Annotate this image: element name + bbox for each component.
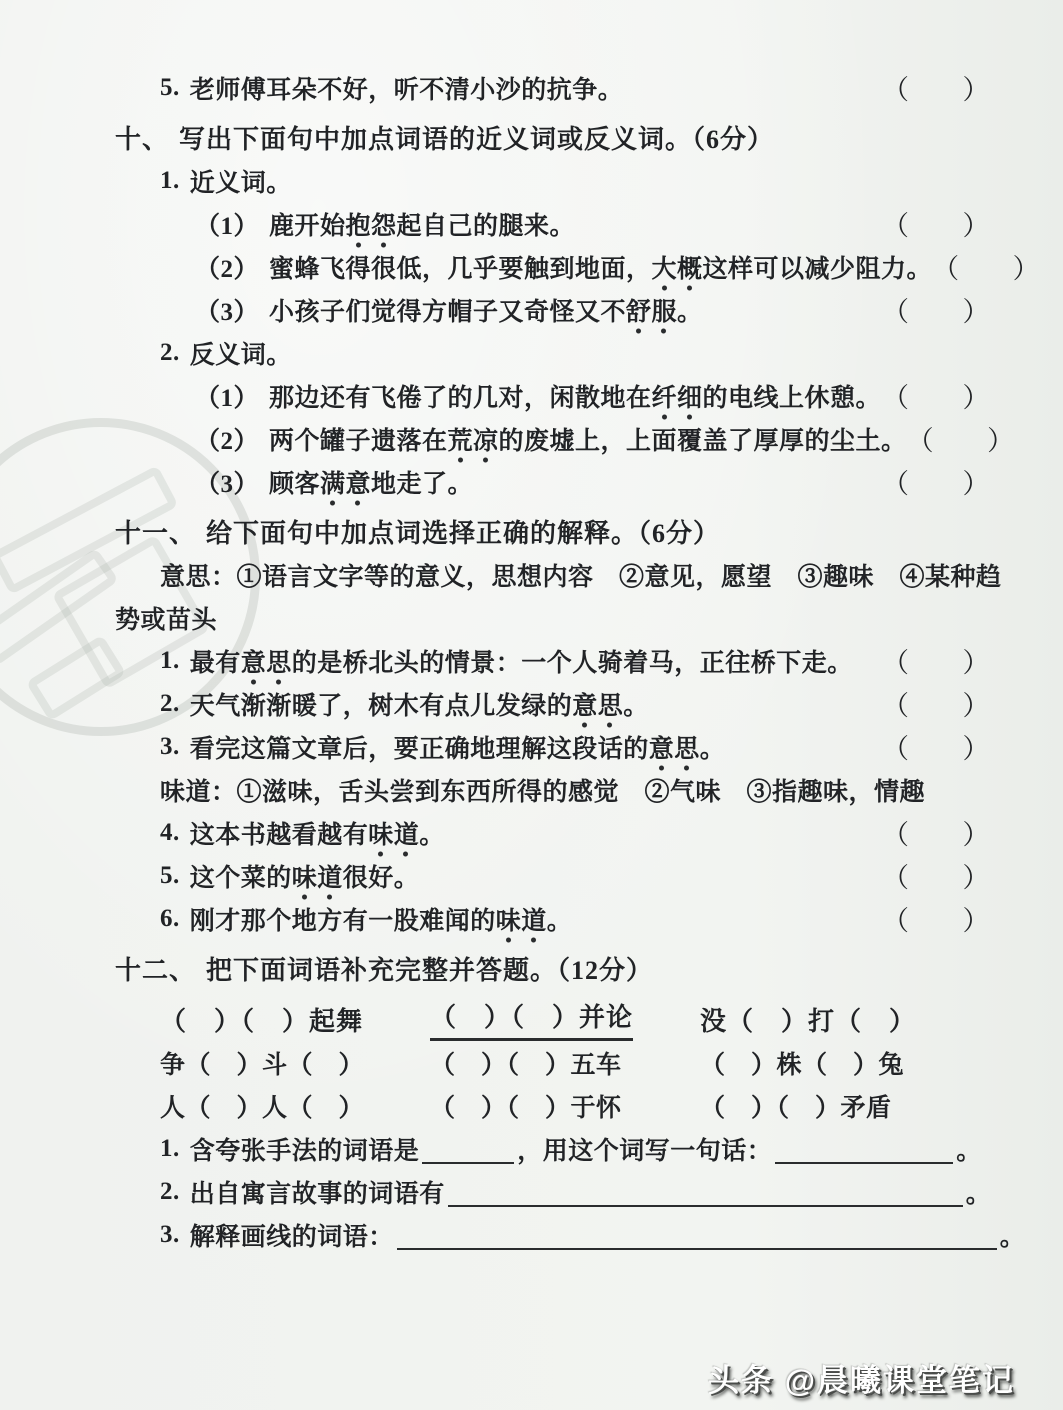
emphasized-word: 意思 [241,650,292,685]
item-number: （1） [195,206,259,242]
phrase: 没（ ）打（ ） [700,1007,916,1036]
emphasized-word: 抱怨 [346,213,397,248]
word-completion-cell: （ ）（ ）起舞 [160,1001,430,1038]
open-paren: （ [882,899,910,938]
word-completion-row: （ ）（ ）起舞（ ）（ ）并论没（ ）打（ ） [115,997,990,1041]
phrase: （ ）（ ）矛盾 [700,1095,892,1122]
answer-parentheses: （） [882,68,990,107]
text-segment: 刚才那个地方有一股难闻的 [190,908,496,935]
text-segment: 。 [677,299,703,326]
item-number: 十一、 [115,513,196,550]
item-number: （3） [195,464,259,500]
question-line: 1.最有意思的是桥北头的情景：一个人骑着马，正往桥下走。（） [115,639,990,682]
answer-blank [422,1139,514,1164]
section-heading: 十、写出下面句中加点词语的近义词或反义词。（6分） [115,116,990,159]
line-text: 小孩子们觉得方帽子又奇怪又不舒服。 [269,292,703,328]
line-text: 近义词。 [190,163,292,199]
answer-parentheses: （） [882,813,990,852]
item-number: 2. [160,690,180,718]
line-text: 含夸张手法的词语是，用这个词写一句话：。 [190,1131,982,1167]
question-line: （1）鹿开始抱怨起自己的腿来。（） [115,202,990,245]
answer-parentheses: （） [882,204,990,243]
open-paren: （ [882,376,910,415]
line-text: 把下面词语补充完整并答题。（12分） [206,950,653,987]
item-number: （2） [195,421,259,457]
text-segment: 解释画线的词语： [190,1224,394,1251]
line-text: 看完这篇文章后，要正确地理解这段话的意思。 [190,729,726,765]
question-line: 1.近义词。 [115,159,990,202]
line-text: 最有意思的是桥北头的情景：一个人骑着马，正往桥下走。 [190,643,853,679]
text-segment: 这样可以减少阻力。 [703,256,933,283]
text-segment: 的电线上休憩。 [703,385,882,412]
open-paren: （ [882,641,910,680]
text-segment: 天气渐渐暖了，树木有点儿发绿的 [190,693,573,720]
answer-parentheses: （） [882,899,990,938]
answer-blank [448,1182,963,1207]
question-line: （3）顾客满意地走了。（） [115,460,990,503]
text-segment: 。 [966,1181,992,1208]
text-segment: 蜜蜂飞得很低，几乎要触到地面， [269,256,652,283]
open-paren: （ [907,419,935,458]
line-text: 写出下面句中加点词语的近义词或反义词。（6分） [179,119,774,156]
line-text: 老师傅耳朵不好，听不清小沙的抗争。 [190,70,624,106]
emphasized-word: 味道 [496,908,547,943]
text-segment: 给下面句中加点词选择正确的解释。（6分） [206,519,720,548]
text-segment: 含夸张手法的词语是 [190,1138,420,1165]
phrase: （ ）（ ）于怀 [430,1095,622,1122]
item-number: 5. [160,862,180,890]
answer-parentheses: （） [882,856,990,895]
open-paren: （ [882,290,910,329]
exam-paper-page: 5.老师傅耳朵不好，听不清小沙的抗争。（）十、写出下面句中加点词语的近义词或反义… [0,0,1063,1410]
question-line: 2.天气渐渐暖了，树木有点儿发绿的意思。（） [115,682,990,725]
text-segment: 的是桥北头的情景：一个人骑着马，正往桥下走。 [292,650,853,677]
item-number: 4. [160,819,180,847]
phrase: 人（ ）人（ ） [160,1095,364,1122]
question-line: 意思：①语言文字等的意义，思想内容 ②意见，愿望 ③趣味 ④某种趋 [115,553,990,596]
text-segment: 出自寓言故事的词语有 [190,1181,445,1208]
emphasized-word: 味道 [368,822,419,857]
open-paren: （ [932,247,960,286]
item-number: 2. [160,339,180,367]
close-paren: ） [963,727,991,766]
item-number: 3. [160,733,180,761]
text-segment: 写出下面句中加点词语的近义词或反义词。（6分） [179,125,774,154]
open-paren: （ [882,856,910,895]
line-text: 蜜蜂飞得很低，几乎要触到地面，大概这样可以减少阻力。 [269,249,932,285]
text-segment: 顾客 [269,471,320,498]
text-segment: 地走了。 [371,471,473,498]
answer-parentheses: （） [882,727,990,766]
item-number: 1. [160,1135,180,1163]
answer-parentheses: （） [882,684,990,723]
line-text: 意思：①语言文字等的意义，思想内容 ②意见，愿望 ③趣味 ④某种趋 [160,557,1002,593]
close-paren: ） [963,376,991,415]
line-text: 那边还有飞倦了的几对，闲散地在纤细的电线上休憩。 [269,378,881,414]
text-segment: 的废墟上，上面覆盖了厚厚的尘土。 [499,428,907,455]
word-completion-cell: 争（ ）斗（ ） [160,1045,430,1081]
emphasized-word: 满意 [320,471,371,506]
close-paren: ） [1013,247,1041,286]
question-line: 势或苗头 [115,596,990,639]
close-paren: ） [963,856,991,895]
word-completion-cell: （ ）（ ）并论 [430,997,700,1041]
emphasized-word: 意思 [649,736,700,771]
text-segment: 最有 [190,650,241,677]
text-segment: 近义词。 [190,170,292,197]
line-text: 鹿开始抱怨起自己的腿来。 [269,206,575,242]
section-heading: 十一、给下面句中加点词选择正确的解释。（6分） [115,510,990,553]
question-line: 3.解释画线的词语：。 [115,1213,990,1256]
question-line: 2.反义词。 [115,331,990,374]
answer-parentheses: （） [882,462,990,501]
item-number: 1. [160,647,180,675]
text-segment: 这个菜的 [190,865,292,892]
text-segment: 两个罐子遗落在 [269,428,448,455]
item-number: 6. [160,905,180,933]
text-segment: 意思：①语言文字等的意义，思想内容 ②意见，愿望 ③趣味 ④某种趋 [160,564,1002,591]
answer-parentheses: （） [882,376,990,415]
line-text: 反义词。 [190,335,292,371]
close-paren: ） [987,419,1015,458]
question-line: （1）那边还有飞倦了的几对，闲散地在纤细的电线上休憩。（） [115,374,990,417]
question-line: 4.这本书越看越有味道。（） [115,811,990,854]
answer-blank [397,1225,997,1250]
word-completion-row: 人（ ）人（ ）（ ）（ ）于怀（ ）（ ）矛盾 [115,1084,990,1127]
word-completion-row: 争（ ）斗（ ）（ ）（ ）五车（ ）株（ ）兔 [115,1041,990,1084]
question-line: （2）两个罐子遗落在荒凉的废墟上，上面覆盖了厚厚的尘土。（） [115,417,990,460]
question-line: 6.刚才那个地方有一股难闻的味道。（） [115,897,990,940]
phrase: （ ）株（ ）兔 [700,1052,904,1079]
item-number: 十、 [115,119,169,156]
answer-parentheses: （） [882,641,990,680]
line-text: 势或苗头 [115,600,217,636]
question-line: 5.老师傅耳朵不好，听不清小沙的抗争。（） [115,66,990,109]
text-segment: 。 [547,908,573,935]
answer-parentheses: （） [932,247,1040,286]
text-segment: 反义词。 [190,342,292,369]
line-text: 两个罐子遗落在荒凉的废墟上，上面覆盖了厚厚的尘土。 [269,421,907,457]
underlined-phrase: （ ）（ ）并论 [430,997,633,1041]
text-segment: 很好。 [343,865,420,892]
text-segment: 。 [700,736,726,763]
question-line: （2）蜜蜂飞得很低，几乎要触到地面，大概这样可以减少阻力。（） [115,245,990,288]
question-line: （3）小孩子们觉得方帽子又奇怪又不舒服。（） [115,288,990,331]
emphasized-word: 荒凉 [448,428,499,463]
question-line: 5.这个菜的味道很好。（） [115,854,990,897]
item-number: （1） [195,378,259,414]
text-segment: 那边还有飞倦了的几对，闲散地在 [269,385,652,412]
text-segment: 鹿开始 [269,213,346,240]
text-segment: 起自己的腿来。 [397,213,576,240]
question-line: 2.出自寓言故事的词语有。 [115,1170,990,1213]
text-segment: 老师傅耳朵不好，听不清小沙的抗争。 [190,77,624,104]
open-paren: （ [882,68,910,107]
open-paren: （ [882,813,910,852]
text-segment: 把下面词语补充完整并答题。（12分） [206,956,653,985]
word-completion-cell: （ ）株（ ）兔 [700,1045,990,1081]
footer-watermark: 头条 @晨曦课堂笔记 [708,1355,1015,1400]
question-line: 3.看完这篇文章后，要正确地理解这段话的意思。（） [115,725,990,768]
question-line: 味道：①滋味，舌头尝到东西所得的感觉 ②气味 ③指趣味，情趣 [115,768,990,811]
close-paren: ） [963,68,991,107]
exam-content: 5.老师傅耳朵不好，听不清小沙的抗争。（）十、写出下面句中加点词语的近义词或反义… [0,0,1063,1256]
item-number: 3. [160,1221,180,1249]
emphasized-word: 纤细 [652,385,703,420]
text-segment: 小孩子们觉得方帽子又奇怪又不 [269,299,626,326]
text-segment: 。 [956,1138,982,1165]
answer-parentheses: （） [907,419,1015,458]
line-text: 顾客满意地走了。 [269,464,473,500]
answer-parentheses: （） [882,290,990,329]
text-segment: 势或苗头 [115,607,217,634]
emphasized-word: 意思 [572,693,623,728]
line-text: 出自寓言故事的词语有。 [190,1174,992,1210]
word-completion-cell: （ ）（ ）五车 [430,1045,700,1081]
close-paren: ） [963,204,991,243]
close-paren: ） [963,641,991,680]
open-paren: （ [882,727,910,766]
item-number: 1. [160,167,180,195]
answer-blank [775,1139,953,1164]
open-paren: （ [882,204,910,243]
phrase: （ ）（ ）起舞 [160,1007,363,1036]
line-text: 这本书越看越有味道。 [190,815,445,851]
phrase: 争（ ）斗（ ） [160,1052,364,1079]
line-text: 给下面句中加点词选择正确的解释。（6分） [206,513,720,550]
open-paren: （ [882,684,910,723]
text-segment: 。 [623,693,649,720]
question-line: 1.含夸张手法的词语是，用这个词写一句话：。 [115,1127,990,1170]
line-text: 味道：①滋味，舌头尝到东西所得的感觉 ②气味 ③指趣味，情趣 [160,772,925,808]
close-paren: ） [963,684,991,723]
text-segment: 味道：①滋味，舌头尝到东西所得的感觉 ②气味 ③指趣味，情趣 [160,779,925,806]
text-segment: 。 [419,822,445,849]
emphasized-word: 大概 [652,256,703,291]
close-paren: ） [963,290,991,329]
close-paren: ） [963,813,991,852]
item-number: （2） [195,249,259,285]
close-paren: ） [963,462,991,501]
text-segment: 看完这篇文章后，要正确地理解这段话的 [190,736,649,763]
text-segment: ，用这个词写一句话： [517,1138,772,1165]
line-text: 解释画线的词语：。 [190,1217,1026,1253]
word-completion-cell: 人（ ）人（ ） [160,1088,430,1124]
text-segment: 这本书越看越有 [190,822,369,849]
close-paren: ） [963,899,991,938]
word-completion-cell: （ ）（ ）于怀 [430,1088,700,1124]
line-text: 刚才那个地方有一股难闻的味道。 [190,901,573,937]
item-number: 5. [160,74,180,102]
line-text: 这个菜的味道很好。 [190,858,420,894]
phrase: （ ）（ ）五车 [430,1052,622,1079]
item-number: （3） [195,292,259,328]
open-paren: （ [882,462,910,501]
item-number: 十二、 [115,950,196,987]
emphasized-word: 舒服 [626,299,677,334]
word-completion-cell: 没（ ）打（ ） [700,1001,990,1038]
section-heading: 十二、把下面词语补充完整并答题。（12分） [115,947,990,990]
word-completion-cell: （ ）（ ）矛盾 [700,1088,990,1124]
text-segment: 。 [1000,1224,1026,1251]
item-number: 2. [160,1178,180,1206]
line-text: 天气渐渐暖了，树木有点儿发绿的意思。 [190,686,649,722]
emphasized-word: 味道 [292,865,343,900]
